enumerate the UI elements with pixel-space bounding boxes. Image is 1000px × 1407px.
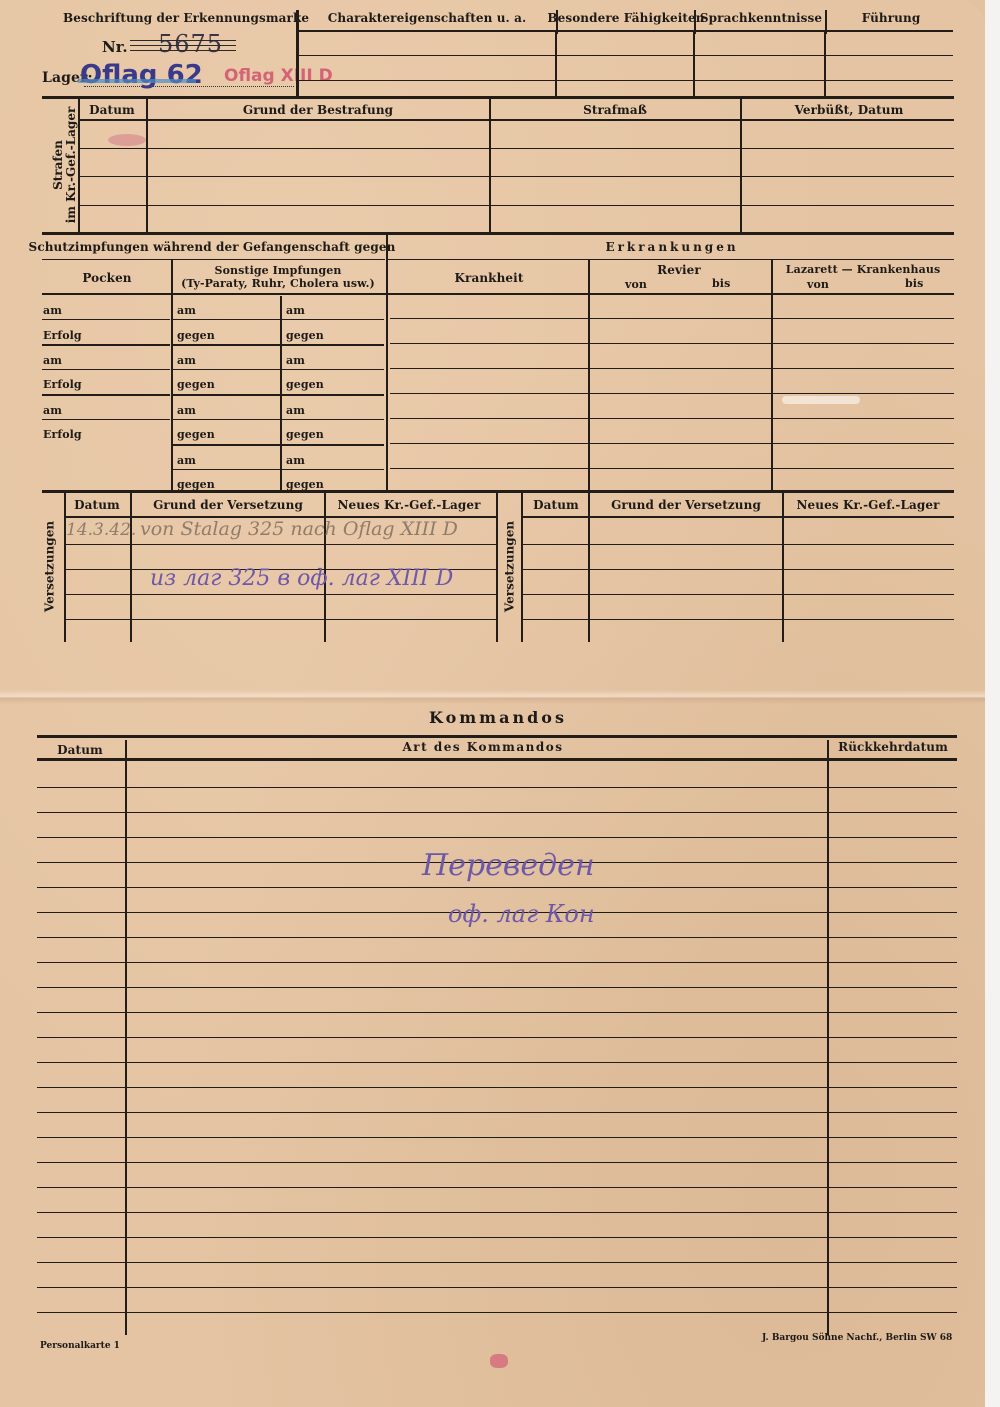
rule (523, 619, 954, 620)
sonstige-am: am (177, 354, 196, 367)
nr-strike-line (130, 45, 236, 46)
rule (66, 619, 496, 620)
rule (390, 343, 954, 344)
kommandos-title: Kommandos (429, 708, 567, 727)
kommando-col-art: Art des Kommandos (402, 740, 563, 754)
col-verbuesst: Verbüßt, Datum (795, 103, 904, 117)
header-divider (296, 10, 299, 98)
kommando-handwriting-2: оф. лаг Кон (448, 900, 595, 928)
nr-label: Nr. (102, 38, 128, 56)
rule (555, 31, 557, 97)
transfer-col-lager: Neues Kr.-Gef.-Lager (337, 498, 480, 512)
red-ink-smudge (108, 134, 146, 146)
rule (390, 318, 954, 319)
rule (37, 1012, 957, 1013)
publisher-imprint: J. Bargou Söhne Nachf., Berlin SW 68 (762, 1333, 952, 1343)
rule (37, 1237, 957, 1238)
rule (299, 30, 953, 32)
rule (173, 444, 384, 446)
rule (37, 1112, 957, 1113)
rule (42, 293, 954, 295)
rule (299, 55, 953, 56)
rule (173, 394, 384, 396)
lazarett-von: von (807, 278, 829, 291)
transfer-col-datum-2: Datum (533, 498, 579, 512)
col-sonstige: Sonstige Impfungen (215, 264, 342, 277)
sonstige-am: am (177, 454, 196, 467)
rule (42, 344, 170, 346)
sonstige-am: am (286, 404, 305, 417)
transfer-reason-ru: из лаг 325 в оф. лаг XIII D (150, 566, 453, 591)
rule (388, 259, 954, 260)
pocken-erfolg: Erfolg (43, 428, 82, 441)
rule (37, 812, 957, 813)
side-label-line: Strafen (51, 140, 65, 190)
rule (37, 1187, 957, 1188)
transfer-col-datum: Datum (74, 498, 120, 512)
rule (37, 1137, 957, 1138)
col-lazarett: Lazarett — Krankenhaus (786, 263, 940, 276)
rule (173, 319, 384, 320)
pocken-erfolg: Erfolg (43, 378, 82, 391)
col-krankheit: Krankheit (455, 271, 524, 285)
kommando-col-rueckkehr: Rückkehrdatum (838, 740, 948, 754)
rule (771, 260, 773, 490)
id-tag-label: Beschriftung der Erkennungsmarke (63, 11, 309, 25)
punishments-side-label: Strafen im Kr.-Gef.-Lager (52, 100, 78, 230)
rule (66, 594, 496, 595)
lager-strikethrough (78, 79, 196, 83)
rule (37, 1312, 957, 1313)
lager-value-handwritten: Oflag 62 (80, 60, 203, 90)
rule (37, 987, 957, 988)
rule (173, 419, 384, 420)
rule (37, 962, 957, 963)
transfer-col-lager-2: Neues Kr.-Gef.-Lager (796, 498, 939, 512)
rule (173, 369, 384, 370)
rule (37, 1262, 957, 1263)
rule (390, 368, 954, 369)
vaccinations-title: Schutzimpfungen während der Gefangenscha… (29, 240, 396, 254)
revier-bis: bis (712, 277, 730, 290)
paper-fold (0, 690, 985, 704)
paper-scuff (782, 396, 860, 404)
rule (37, 837, 957, 838)
nr-strike-line (130, 50, 236, 51)
rule (588, 260, 590, 490)
col-sonstige-sub: (Ty-Paraty, Ruhr, Cholera usw.) (181, 277, 375, 290)
transfer-col-grund: Grund der Versetzung (153, 498, 303, 512)
sonstige-am: am (177, 304, 196, 317)
sonstige-gegen: gegen (286, 378, 324, 391)
rule (523, 594, 954, 595)
col-revier: Revier (657, 263, 701, 277)
rule (37, 1212, 957, 1213)
rule (37, 735, 957, 738)
sonstige-gegen: gegen (286, 329, 324, 342)
rule (42, 369, 170, 370)
sonstige-gegen: gegen (177, 329, 215, 342)
col-datum: Datum (89, 103, 135, 117)
rule (496, 493, 498, 642)
form-number: Personalkarte 1 (40, 1341, 120, 1351)
red-ink-mark (490, 1354, 508, 1368)
nr-strike-line (130, 40, 236, 41)
rule (390, 443, 954, 444)
rule (37, 1087, 957, 1088)
rule (390, 393, 954, 394)
rule (280, 296, 282, 490)
kommando-col-datum: Datum (57, 743, 103, 757)
col-charakter: Charaktereigenschaften u. a. (328, 11, 527, 25)
rule (80, 148, 954, 149)
rule (42, 96, 954, 99)
rule (37, 1062, 957, 1063)
col-faehigkeiten: Besondere Fähigkeiten (547, 11, 704, 25)
rule (37, 1037, 957, 1038)
pocken-erfolg: Erfolg (43, 329, 82, 342)
rule (173, 469, 384, 470)
rule (80, 119, 954, 121)
pocken-am: am (43, 404, 62, 417)
rule (390, 418, 954, 419)
rule (523, 569, 954, 570)
transfers-side-label-right: Versetzungen (504, 512, 517, 622)
sonstige-am: am (286, 454, 305, 467)
transfers-side-label-left: Versetzungen (44, 512, 57, 622)
rule (173, 344, 384, 346)
rule (42, 319, 170, 320)
rule (386, 234, 388, 490)
kommando-handwriting-1: Переведен (422, 848, 595, 883)
rule (390, 468, 954, 469)
transfer-date: 14.3.42. (66, 520, 136, 540)
nr-value: 5675 (158, 30, 223, 58)
col-strafmass: Strafmaß (583, 103, 647, 117)
rule (37, 787, 957, 788)
side-label-line: im Kr.-Gef.-Lager (64, 107, 78, 224)
rule (80, 205, 954, 206)
rule (824, 31, 826, 97)
sonstige-am: am (286, 304, 305, 317)
lazarett-bis: bis (905, 277, 923, 290)
pocken-am: am (43, 354, 62, 367)
sonstige-gegen: gegen (177, 428, 215, 441)
sonstige-gegen: gegen (286, 428, 324, 441)
sonstige-am: am (177, 404, 196, 417)
scan-edge (985, 0, 1000, 1407)
sonstige-am: am (286, 354, 305, 367)
rule (523, 544, 954, 545)
col-fuehrung: Führung (862, 11, 921, 25)
transfer-col-grund-2: Grund der Versetzung (611, 498, 761, 512)
rule (66, 544, 496, 545)
rule (37, 1287, 957, 1288)
rule (42, 419, 170, 420)
rule (42, 490, 954, 493)
col-pocken: Pocken (82, 271, 131, 285)
col-sprachen: Sprachkenntnisse (700, 11, 822, 25)
rule (37, 758, 957, 761)
rule (37, 937, 957, 938)
rule (523, 516, 954, 518)
rule (42, 394, 170, 396)
illnesses-title: Erkrankungen (605, 240, 738, 254)
rule (299, 80, 953, 81)
rule (42, 259, 385, 260)
rule (80, 176, 954, 177)
transfer-reason-de: von Stalag 325 nach Oflag XIII D (140, 518, 458, 540)
rule (37, 1162, 957, 1163)
col-grund: Grund der Bestrafung (243, 103, 393, 117)
rule (693, 31, 695, 97)
rule (37, 887, 957, 888)
sonstige-gegen: gegen (177, 378, 215, 391)
rule (42, 232, 954, 235)
revier-von: von (625, 278, 647, 291)
lager-stamp: Oflag XIII D (224, 66, 333, 86)
pocken-am: am (43, 304, 62, 317)
